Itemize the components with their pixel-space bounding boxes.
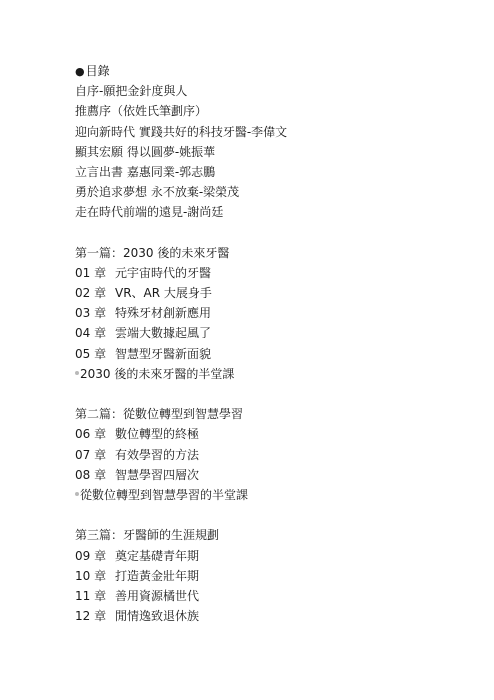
chapter-title: 閒情逸致退休族 — [115, 609, 199, 623]
chapter-row: 09 章奠定基礎青年期 — [75, 546, 455, 566]
chapter-title: 善用資源橘世代 — [115, 589, 199, 603]
part-title: 第一篇：2030 後的未來牙醫 — [75, 243, 455, 263]
chapter-number: 11 章 — [75, 586, 115, 606]
chapter-title: 特殊牙材創新應用 — [115, 306, 211, 320]
chapter-number: 04 章 — [75, 323, 115, 343]
toc-heading-label: 目錄 — [86, 64, 110, 78]
chapter-row: 02 章VR、AR 大展身手 — [75, 283, 455, 303]
toc-entry-recommendation-5: 走在時代前端的遠見-謝尚廷 — [75, 202, 455, 222]
chapter-number: 03 章 — [75, 303, 115, 323]
summary-label: 2030 後的未來牙醫的半堂課 — [80, 367, 234, 381]
chapter-row: 05 章智慧型牙醫新面貌 — [75, 344, 455, 364]
chapter-number: 06 章 — [75, 424, 115, 444]
chapter-row: 12 章閒情逸致退休族 — [75, 606, 455, 626]
chapter-number: 02 章 — [75, 283, 115, 303]
chapter-title: VR、AR 大展身手 — [115, 286, 212, 300]
toc-heading: ●目錄 — [75, 61, 455, 81]
chapter-row: 11 章善用資源橘世代 — [75, 586, 455, 606]
chapter-number: 12 章 — [75, 606, 115, 626]
chapter-number: 08 章 — [75, 465, 115, 485]
toc-entry-recommendation-1: 迎向新時代 實踐共好的科技牙醫-李偉文 — [75, 122, 455, 142]
bullet-dot-icon — [75, 492, 79, 496]
table-of-contents: ●目錄 自序-願把金針度與人 推薦序（依姓氏筆劃序） 迎向新時代 實踐共好的科技… — [75, 61, 455, 626]
bullet-dot-icon — [75, 371, 79, 375]
chapter-number: 10 章 — [75, 566, 115, 586]
chapter-row: 10 章打造黃金壯年期 — [75, 566, 455, 586]
chapter-title: 元宇宙時代的牙醫 — [115, 266, 211, 280]
summary-label: 從數位轉型到智慧學習的半堂課 — [80, 488, 248, 502]
chapter-row: 04 章雲端大數據起風了 — [75, 323, 455, 343]
toc-entry-recommendations: 推薦序（依姓氏筆劃序） — [75, 101, 455, 121]
chapter-title: 打造黃金壯年期 — [115, 569, 199, 583]
chapter-title: 智慧學習四層次 — [115, 468, 199, 482]
chapter-number: 07 章 — [75, 445, 115, 465]
chapter-row: 03 章特殊牙材創新應用 — [75, 303, 455, 323]
part-summary: 從數位轉型到智慧學習的半堂課 — [75, 485, 455, 505]
chapter-title: 奠定基礎青年期 — [115, 549, 199, 563]
toc-entry-recommendation-4: 勇於追求夢想 永不放棄-梁榮茂 — [75, 182, 455, 202]
chapter-row: 07 章有效學習的方法 — [75, 445, 455, 465]
toc-entry-recommendation-2: 顯其宏願 得以圓夢-姚振華 — [75, 142, 455, 162]
chapter-title: 智慧型牙醫新面貌 — [115, 347, 211, 361]
toc-entry-preface: 自序-願把金針度與人 — [75, 81, 455, 101]
chapter-title: 雲端大數據起風了 — [115, 326, 211, 340]
part-title: 第二篇：從數位轉型到智慧學習 — [75, 404, 455, 424]
chapter-number: 05 章 — [75, 344, 115, 364]
chapter-row: 08 章智慧學習四層次 — [75, 465, 455, 485]
bullet-icon: ● — [75, 65, 85, 78]
spacer — [75, 384, 455, 404]
chapter-title: 有效學習的方法 — [115, 448, 199, 462]
chapter-row: 06 章數位轉型的終極 — [75, 424, 455, 444]
part-title: 第三篇：牙醫師的生涯規劃 — [75, 525, 455, 545]
part-summary: 2030 後的未來牙醫的半堂課 — [75, 364, 455, 384]
chapter-number: 01 章 — [75, 263, 115, 283]
chapter-number: 09 章 — [75, 546, 115, 566]
chapter-row: 01 章元宇宙時代的牙醫 — [75, 263, 455, 283]
toc-entry-recommendation-3: 立言出書 嘉惠同業-郭志鵬 — [75, 162, 455, 182]
spacer — [75, 223, 455, 243]
spacer — [75, 505, 455, 525]
chapter-title: 數位轉型的終極 — [115, 427, 199, 441]
